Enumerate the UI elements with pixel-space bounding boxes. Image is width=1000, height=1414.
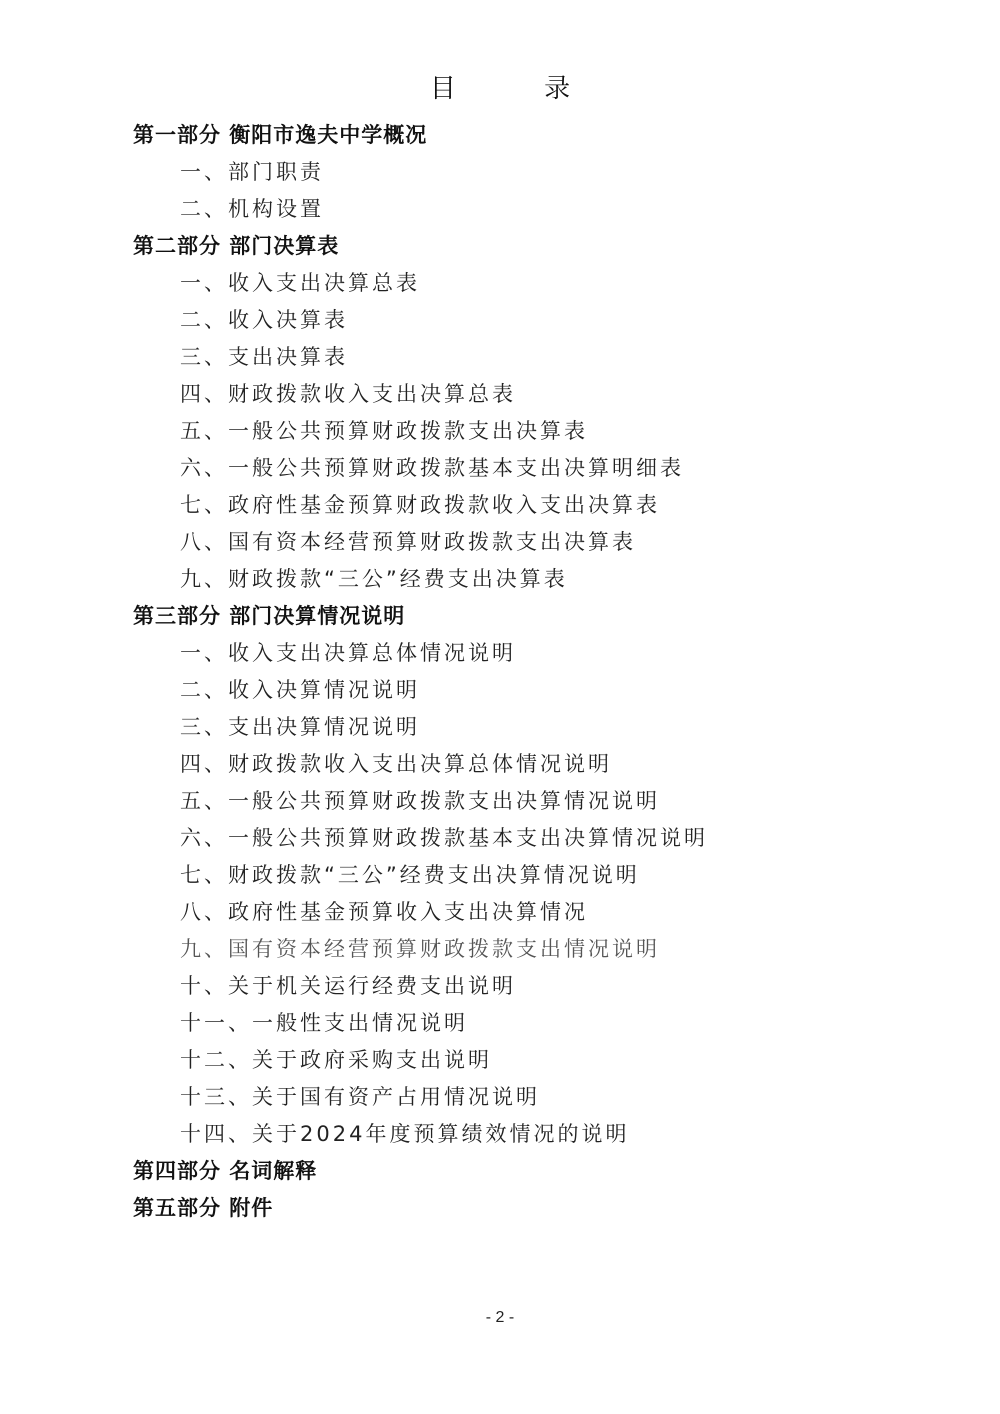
toc-item[interactable]: 四、财政拨款收入支出决算总表: [0, 376, 1000, 413]
toc-item[interactable]: 八、政府性基金预算收入支出决算情况: [0, 894, 1000, 931]
toc-item[interactable]: 二、收入决算表: [0, 302, 1000, 339]
toc-part-1[interactable]: 第一部分 衡阳市逸夫中学概况: [0, 117, 1000, 154]
toc-item[interactable]: 二、收入决算情况说明: [0, 672, 1000, 709]
toc-item[interactable]: 三、支出决算表: [0, 339, 1000, 376]
toc-item[interactable]: 四、财政拨款收入支出决算总体情况说明: [0, 746, 1000, 783]
toc-item[interactable]: 九、财政拨款“三公”经费支出决算表: [0, 561, 1000, 598]
toc-item[interactable]: 一、收入支出决算总体情况说明: [0, 635, 1000, 672]
toc-item[interactable]: 二、机构设置: [0, 191, 1000, 228]
toc-item[interactable]: 七、财政拨款“三公”经费支出决算情况说明: [0, 857, 1000, 894]
toc-part-2[interactable]: 第二部分 部门决算表: [0, 228, 1000, 265]
table-of-contents: 第一部分 衡阳市逸夫中学概况 一、部门职责 二、机构设置 第二部分 部门决算表 …: [0, 117, 1000, 1227]
toc-item[interactable]: 五、一般公共预算财政拨款支出决算情况说明: [0, 783, 1000, 820]
toc-item[interactable]: 十四、关于2024年度预算绩效情况的说明: [0, 1116, 1000, 1153]
toc-item[interactable]: 十三、关于国有资产占用情况说明: [0, 1079, 1000, 1116]
toc-item[interactable]: 十二、关于政府采购支出说明: [0, 1042, 1000, 1079]
toc-item[interactable]: 七、政府性基金预算财政拨款收入支出决算表: [0, 487, 1000, 524]
toc-part-5[interactable]: 第五部分 附件: [0, 1190, 1000, 1227]
toc-item[interactable]: 八、国有资本经营预算财政拨款支出决算表: [0, 524, 1000, 561]
page-title: 目 录: [0, 68, 1000, 105]
page-number: - 2 -: [0, 1309, 1000, 1327]
toc-item[interactable]: 六、一般公共预算财政拨款基本支出决算情况说明: [0, 820, 1000, 857]
toc-item[interactable]: 十、关于机关运行经费支出说明: [0, 968, 1000, 1005]
toc-item[interactable]: 五、一般公共预算财政拨款支出决算表: [0, 413, 1000, 450]
toc-part-4[interactable]: 第四部分 名词解释: [0, 1153, 1000, 1190]
toc-item[interactable]: 九、国有资本经营预算财政拨款支出情况说明: [0, 931, 1000, 968]
toc-item[interactable]: 一、收入支出决算总表: [0, 265, 1000, 302]
toc-item[interactable]: 六、一般公共预算财政拨款基本支出决算明细表: [0, 450, 1000, 487]
toc-item[interactable]: 三、支出决算情况说明: [0, 709, 1000, 746]
toc-part-3[interactable]: 第三部分 部门决算情况说明: [0, 598, 1000, 635]
toc-item[interactable]: 十一、一般性支出情况说明: [0, 1005, 1000, 1042]
toc-item[interactable]: 一、部门职责: [0, 154, 1000, 191]
